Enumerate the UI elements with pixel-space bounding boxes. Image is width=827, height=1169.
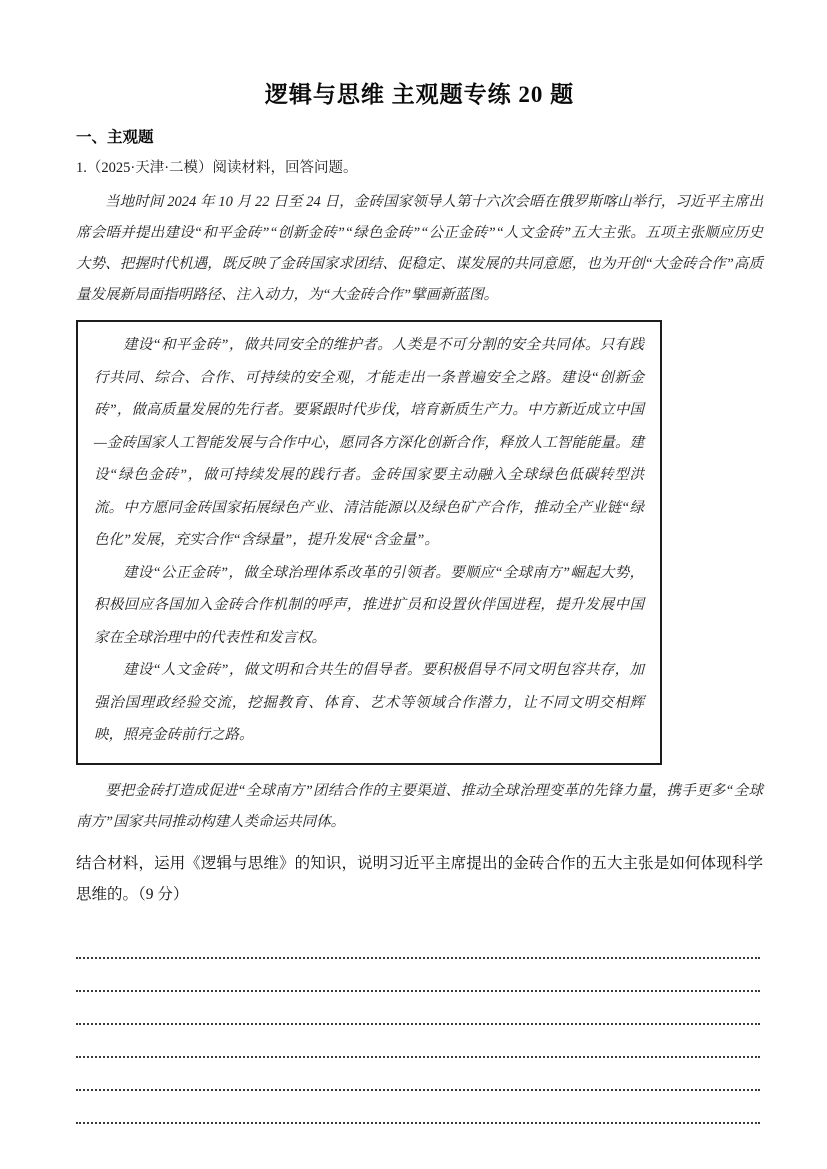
answer-line <box>76 992 760 1025</box>
answer-line <box>76 1025 760 1058</box>
answer-line <box>76 1058 760 1091</box>
box-paragraph-peace-innovation-green: 建设“和平金砖”，做共同安全的维护者。人类是不可分割的安全共同体。只有践行共同、… <box>94 329 644 557</box>
material-intro-paragraph: 当地时间 2024 年 10 月 22 日至 24 日，金砖国家领导人第十六次会… <box>76 187 763 311</box>
material-conclusion-paragraph: 要把金砖打造成促进“全球南方”团结合作的主要渠道、推动全球治理变革的先锋力量，携… <box>76 776 763 838</box>
answer-line <box>76 959 760 992</box>
page-title: 逻辑与思维 主观题专练 20 题 <box>76 76 763 109</box>
section-heading: 一、主观题 <box>76 125 763 147</box>
answer-area <box>76 926 760 1124</box>
document-page: 逻辑与思维 主观题专练 20 题 一、主观题 1.（2025·天津·二模）阅读材… <box>0 0 827 1169</box>
answer-line <box>76 1091 760 1124</box>
answer-line <box>76 926 760 959</box>
box-paragraph-culture: 建设“人文金砖”，做文明和合共生的倡导者。要积极倡导不同文明包容共存，加强治国理… <box>94 654 644 752</box>
question-text: 结合材料，运用《逻辑与思维》的知识，说明习近平主席提出的金砖合作的五大主张是如何… <box>76 848 763 910</box>
box-paragraph-justice: 建设“公正金砖”，做全球治理体系改革的引领者。要顺应“全球南方”崛起大势，积极回… <box>94 557 644 655</box>
material-box: 建设“和平金砖”，做共同安全的维护者。人类是不可分割的安全共同体。只有践行共同、… <box>76 320 662 765</box>
question-item-header: 1.（2025·天津·二模）阅读材料，回答问题。 <box>76 156 763 177</box>
